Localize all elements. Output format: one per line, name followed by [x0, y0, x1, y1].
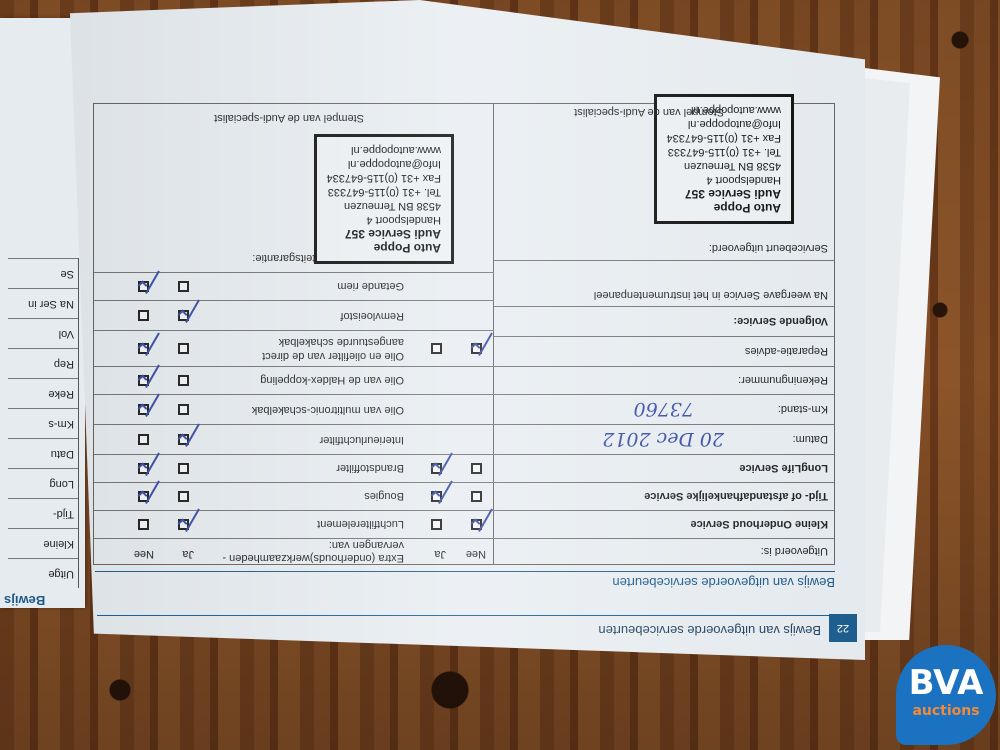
stamp-web: www.autopoppe.nl: [327, 143, 441, 157]
checkbox-nee-right[interactable]: [138, 434, 149, 445]
left-page-cell: Uitge: [8, 558, 78, 588]
stamp-email: Info@autopoppe.nl: [327, 157, 441, 171]
extra-work-row: Olie en oliefilter van de direct aangest…: [94, 330, 494, 366]
stamp-tel: Tel. +31 (0)115-647333: [327, 185, 441, 199]
extra-work-label: Interieurluchtfilter: [320, 434, 404, 446]
service-type-longlife: LongLife Service: [494, 454, 834, 482]
km-handwritten: 73760: [634, 394, 694, 424]
left-page-cell: Long: [8, 468, 78, 498]
volgende-service-label: Volgende Service:: [494, 306, 834, 336]
checkbox-ja[interactable]: [431, 343, 442, 354]
left-page-cell: Se: [8, 258, 78, 288]
extra-work-label: Brandstoffilter: [336, 462, 404, 474]
section-rule: [95, 571, 835, 572]
col-nee-header-right: Nee: [134, 548, 154, 560]
extra-work-row: Brandstoffilter: [94, 454, 494, 482]
extra-work-row: Olie van multitronic-schakelbak: [94, 394, 494, 424]
stamp-city: 4538 BN Terneuzen: [327, 199, 441, 213]
header-rule: [97, 615, 857, 616]
stamp-name: Auto Poppe: [667, 201, 781, 215]
checkbox-ja-right[interactable]: [178, 375, 189, 386]
extra-work-label: Luchtfilterelement: [317, 518, 404, 530]
servicebeurt-label: Servicebeurt uitgevoerd:: [709, 242, 828, 254]
checkbox-nee[interactable]: [471, 463, 482, 474]
stamp-tel: Tel. +31 (0)115-647333: [667, 145, 781, 159]
left-page-fragment: Bewijs UitgeKleineTijd-LongDatuKm-sRekeR…: [0, 18, 85, 608]
left-page-cell: Vol: [8, 318, 78, 348]
checkbox-ja-right[interactable]: [178, 281, 189, 292]
bva-logo-text: BVA: [896, 663, 996, 703]
extra-work-row: Olie van de Haldex-koppeling: [94, 366, 494, 394]
service-type-kleine: Kleine Onderhoud Service: [494, 510, 834, 538]
left-page-title: Bewijs: [4, 593, 45, 608]
stamp-street: Handelspoort 4: [327, 213, 441, 227]
uitgevoerd-label: Uitgevoerd is:: [494, 538, 834, 564]
col-ja-header-right: Ja: [182, 548, 194, 560]
checkbox-ja-right[interactable]: [178, 404, 189, 415]
stamp-fax: Fax +31 (0)115-647334: [327, 171, 441, 185]
extra-work-label: Olie en oliefilter van de direct aangest…: [204, 335, 404, 363]
left-page-cell: Rep: [8, 348, 78, 378]
extra-work-row: Bougies: [94, 482, 494, 510]
stamp-city: 4538 BN Terneuzen: [667, 159, 781, 173]
left-page-cell: Kleine: [8, 528, 78, 558]
extra-work-row: Luchtfilterelement: [94, 510, 494, 538]
booklet-page-22: 22 Bewijs van uitgevoerde servicebeurten…: [70, 0, 865, 660]
stamp-fax: Fax +31 (0)115-647334: [667, 131, 781, 145]
col-nee-header: Nee: [466, 548, 486, 560]
datum-row: Datum: 20 Dec 2012: [494, 424, 834, 454]
reparatie-label: Reparatie-advies: [494, 336, 834, 366]
service-form: Uitgevoerd is: Kleine Onderhoud Service …: [93, 103, 835, 565]
service-type-tijd: Tijd- of afstandafhankelijke Service: [494, 482, 834, 510]
left-page-cell: Tijd-: [8, 498, 78, 528]
extra-work-label: Remvloeistof: [340, 310, 404, 322]
km-row: Km-stand: 73760: [494, 394, 834, 424]
checkbox-ja[interactable]: [431, 519, 442, 530]
datum-handwritten: 20 Dec 2012: [602, 424, 724, 454]
checkbox-nee-right[interactable]: [138, 519, 149, 530]
col-ja-header: Ja: [434, 548, 446, 560]
checkbox-ja-right[interactable]: [178, 463, 189, 474]
stamp-street: Handelspoort 4: [667, 173, 781, 187]
km-label: Km-stand:: [778, 403, 828, 415]
left-page-cell: Datu: [8, 438, 78, 468]
checkbox-nee[interactable]: [471, 491, 482, 502]
left-page-cell: Km-s: [8, 408, 78, 438]
extra-header-row: Nee Ja Extra (onderhouds)werkzaamheden -…: [94, 538, 494, 564]
section-title: Bewijs van uitgevoerde servicebeurten: [612, 575, 835, 590]
extra-work-column: Nee Ja Extra (onderhouds)werkzaamheden -…: [94, 104, 494, 564]
extra-work-label: Olie van de Haldex-koppeling: [260, 374, 404, 386]
stamp-label-right: Stempel van de Audi-specialist: [214, 112, 364, 124]
bva-auctions-logo: BVA auctions: [896, 645, 996, 745]
page-number: 22: [829, 614, 857, 642]
stamp-service-number: Audi Service 357: [327, 227, 441, 241]
extra-work-label: Olie van multitronic-schakelbak: [252, 404, 404, 416]
extra-work-row: Interieurluchtfilter: [94, 424, 494, 454]
stamp-label-left: Stempel van de Audi-specialist: [574, 100, 724, 124]
checkbox-nee-right[interactable]: [138, 310, 149, 321]
extra-work-row: Remvloeistof: [94, 300, 494, 330]
service-details-column: Uitgevoerd is: Kleine Onderhoud Service …: [493, 104, 834, 564]
left-page-cell: Reke: [8, 378, 78, 408]
left-page-cell: Na Ser in: [8, 288, 78, 318]
checkbox-ja-right[interactable]: [178, 491, 189, 502]
extra-work-label: Getande riem: [337, 280, 404, 292]
extra-work-label: Bougies: [364, 490, 404, 502]
na-weergave-label: Na weergave Service in het instrumentenp…: [494, 260, 834, 306]
datum-label: Datum:: [793, 433, 828, 445]
stamp-name: Auto Poppe: [327, 241, 441, 255]
dealer-stamp-2: Auto Poppe Audi Service 357 Handelspoort…: [314, 134, 454, 264]
servicebeurt-uitgevoerd: Servicebeurt uitgevoerd: Auto Poppe Audi…: [494, 105, 834, 260]
stamp-service-number: Audi Service 357: [667, 187, 781, 201]
rekeningnummer-label: Rekeningnummer:: [494, 366, 834, 394]
left-page-column: UitgeKleineTijd-LongDatuKm-sRekeRepVolNa…: [8, 258, 79, 588]
extra-header: Extra (onderhouds)werkzaamheden - vervan…: [204, 538, 404, 564]
bva-logo-subtext: auctions: [896, 703, 996, 719]
running-title: Bewijs van uitgevoerde servicebeurten: [598, 623, 821, 638]
extra-work-row: Getande riem: [94, 272, 494, 300]
checkbox-ja-right[interactable]: [178, 343, 189, 354]
